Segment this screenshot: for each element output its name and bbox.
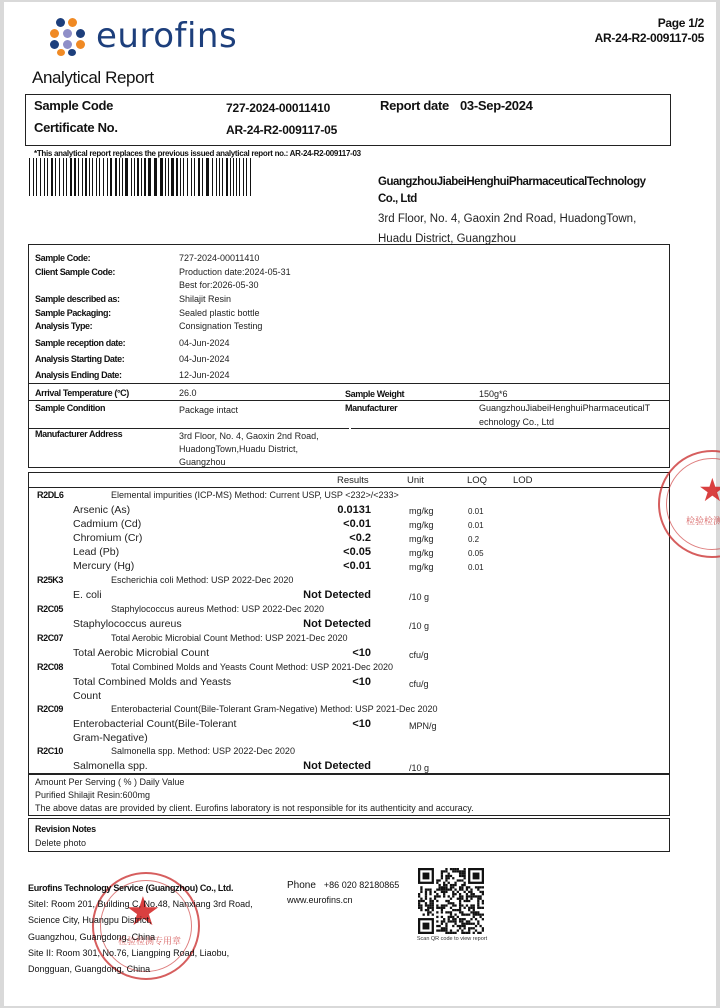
client-name-cont: Co., Ltd: [378, 191, 646, 208]
sample-info-box: Sample Code: 727-2024-00011410 Client Sa…: [28, 244, 670, 468]
analyte-result: 0.0131: [251, 504, 371, 516]
report-number: AR-24-R2-009117-05: [595, 31, 704, 46]
analyte-loq: 0.01: [468, 507, 484, 516]
info-value: GuangzhouJiabeiHenghuiPharmaceuticalT: [479, 403, 720, 414]
column-header-unit: Unit: [407, 475, 424, 486]
analyte-name-cont: Count: [73, 690, 101, 702]
info-value: Consignation Testing: [179, 321, 479, 332]
analyte-unit: cfu/g: [409, 650, 429, 660]
test-method: Staphylococcus aureus Method: USP 2022-D…: [111, 604, 324, 614]
column-header-lod: LOD: [513, 475, 533, 486]
info-label: Manufacturer Address: [35, 429, 185, 440]
analyte-name: Staphylococcus aureus: [73, 618, 182, 630]
analyte-loq: 0.01: [468, 563, 484, 572]
analyte-loq: 0.05: [468, 549, 484, 558]
info-label: Manufacturer: [345, 403, 495, 414]
info-label: Arrival Temperature (°C): [35, 388, 185, 399]
test-code: R2C05: [37, 604, 111, 614]
serving-ingredient: Purified Shilajit Resin:600mg: [35, 790, 150, 800]
test-group-header: R2C07Total Aerobic Microbial Count Metho…: [37, 633, 347, 643]
info-value: 150g*6: [479, 389, 720, 400]
analyte-name: Total Aerobic Microbial Count: [73, 647, 209, 659]
qr-caption: Scan QR code to view report: [407, 936, 497, 942]
analyte-loq: 0.01: [468, 521, 484, 530]
info-label: Sample described as:: [35, 294, 185, 305]
info-label: Analysis Starting Date:: [35, 354, 185, 365]
logo-dots-icon: [48, 16, 90, 56]
eurofins-logo: eurofins: [48, 16, 237, 56]
lab-company-name: Eurofins Technology Service (Guangzhou) …: [28, 880, 253, 896]
analyte-unit: /10 g: [409, 763, 429, 773]
lab-address-block: Eurofins Technology Service (Guangzhou) …: [28, 880, 253, 977]
serving-disclaimer: The above datas are provided by client. …: [35, 803, 474, 813]
analyte-name: Mercury (Hg): [73, 560, 134, 572]
analyte-unit: /10 g: [409, 621, 429, 631]
replacement-note: *This analytical report replaces the pre…: [34, 149, 361, 158]
analyte-unit: mg/kg: [409, 520, 434, 530]
info-value: Production date:2024-05-31: [179, 267, 479, 278]
revision-title: Revision Notes: [35, 824, 96, 834]
lab-site1-line1: SiteI: Room 201, Building C, No.48, Nanx…: [28, 896, 253, 912]
header-divider: [29, 487, 669, 488]
test-group-header: R2C05Staphylococcus aureus Method: USP 2…: [37, 604, 324, 614]
summary-box: Sample Code 727-2024-00011410 Report dat…: [25, 94, 671, 146]
info-value: Guangzhou: [179, 457, 479, 468]
serving-info-box: Amount Per Serving ( % ) Daily Value Pur…: [28, 774, 670, 816]
report-page: eurofins Page 1/2 AR-24-R2-009117-05 Ana…: [4, 2, 716, 1006]
info-value: 12-Jun-2024: [179, 370, 479, 381]
analyte-result: <0.2: [251, 532, 371, 544]
test-group-header: R2C10Salmonella spp. Method: USP 2022-De…: [37, 746, 295, 756]
page-number: Page 1/2: [595, 16, 704, 31]
info-label: Sample Condition: [35, 403, 185, 414]
analyte-result: <10: [251, 647, 371, 659]
results-table: Results Unit LOQ LOD R2DL6Elemental impu…: [28, 472, 670, 774]
website-link[interactable]: www.eurofins.cn: [287, 893, 399, 908]
test-code: R2C07: [37, 633, 111, 643]
analyte-name: E. coli: [73, 589, 102, 601]
logo-wordmark: eurofins: [96, 16, 237, 56]
client-block: GuangzhouJiabeiHenghuiPharmaceuticalTech…: [378, 174, 646, 248]
revision-notes-box: Revision Notes Delete photo: [28, 818, 670, 852]
lab-site1-line2: Science City, Huangpu District,: [28, 912, 253, 928]
report-date-value: 03-Sep-2024: [460, 98, 533, 113]
qr-code[interactable]: [418, 868, 484, 934]
analyte-result: Not Detected: [251, 760, 371, 772]
lab-site1-line3: Guangzhou, Guangdong, China: [28, 929, 253, 945]
info-label: Client Sample Code:: [35, 267, 185, 278]
revision-note: Delete photo: [35, 838, 86, 848]
info-label: Sample Packaging:: [35, 308, 185, 319]
analyte-result: <0.01: [251, 518, 371, 530]
test-code: R2C09: [37, 704, 111, 714]
analyte-name: Arsenic (As): [73, 504, 130, 516]
phone-label: Phone: [287, 880, 316, 891]
test-code: R2C08: [37, 662, 111, 672]
analyte-name: Enterobacterial Count(Bile-Tolerant: [73, 718, 236, 730]
lab-site2-line1: Site II: Room 301, No.76, Liangping Road…: [28, 945, 253, 961]
analyte-result: <0.05: [251, 546, 371, 558]
info-value: Sealed plastic bottle: [179, 308, 479, 319]
info-value: Shilajit Resin: [179, 294, 479, 305]
info-value: 3rd Floor, No. 4, Gaoxin 2nd Road,: [179, 431, 479, 442]
test-method: Total Combined Molds and Yeasts Count Me…: [111, 662, 393, 672]
analyte-unit: mg/kg: [409, 534, 434, 544]
analyte-unit: MPN/g: [409, 721, 437, 731]
serving-heading: Amount Per Serving ( % ) Daily Value: [35, 777, 184, 787]
star-icon: ★: [698, 474, 720, 506]
certificate-label: Certificate No.: [34, 120, 118, 135]
info-value: 04-Jun-2024: [179, 338, 479, 349]
info-label: Sample reception date:: [35, 338, 185, 349]
test-group-header: R2C08Total Combined Molds and Yeasts Cou…: [37, 662, 393, 672]
test-method: Elemental impurities (ICP-MS) Method: Cu…: [111, 490, 399, 500]
info-label: Analysis Type:: [35, 321, 185, 332]
analyte-unit: mg/kg: [409, 506, 434, 516]
info-label: Sample Weight: [345, 389, 495, 400]
info-value: Best for:2026-05-30: [179, 280, 479, 291]
report-date-label: Report date: [380, 98, 449, 113]
info-label: Sample Code:: [35, 253, 185, 264]
test-group-header: R25K3Escherichia coli Method: USP 2022-D…: [37, 575, 293, 585]
test-method: Escherichia coli Method: USP 2022-Dec 20…: [111, 575, 293, 585]
test-method: Salmonella spp. Method: USP 2022-Dec 202…: [111, 746, 295, 756]
report-title: Analytical Report: [32, 68, 154, 88]
test-code: R2DL6: [37, 490, 111, 500]
analyte-loq: 0.2: [468, 535, 479, 544]
sample-code-value: 727-2024-00011410: [226, 101, 330, 115]
sample-code-label: Sample Code: [34, 98, 113, 113]
lab-site2-line2: Dongguan, Guangdong, China: [28, 961, 253, 977]
divider: [29, 400, 669, 401]
client-address-1: 3rd Floor, No. 4, Gaoxin 2nd Road, Huado…: [378, 210, 646, 228]
test-code: R25K3: [37, 575, 111, 585]
analyte-result: Not Detected: [251, 589, 371, 601]
info-label: Analysis Ending Date:: [35, 370, 185, 381]
seal-text: 检验检测: [686, 514, 720, 527]
test-group-header: R2C09Enterobacterial Count(Bile-Tolerant…: [37, 704, 438, 714]
barcode: [29, 158, 253, 196]
test-code: R2C10: [37, 746, 111, 756]
info-value: 727-2024-00011410: [179, 253, 479, 264]
test-method: Enterobacterial Count(Bile-Tolerant Gram…: [111, 704, 438, 714]
analyte-unit: mg/kg: [409, 548, 434, 558]
certificate-value: AR-24-R2-009117-05: [226, 123, 337, 137]
info-value: HuadongTown,Huadu District,: [179, 444, 479, 455]
analyte-name: Lead (Pb): [73, 546, 119, 558]
client-name: GuangzhouJiabeiHenghuiPharmaceuticalTech…: [378, 174, 646, 191]
column-header-loq: LOQ: [467, 475, 487, 486]
analyte-name: Salmonella spp.: [73, 760, 148, 772]
test-group-header: R2DL6Elemental impurities (ICP-MS) Metho…: [37, 490, 399, 500]
analyte-result: <0.01: [251, 560, 371, 572]
contact-block: Phone+86 020 82180865 www.eurofins.cn: [287, 878, 399, 908]
column-header-results: Results: [337, 475, 369, 486]
analyte-name-cont: Gram-Negative): [73, 732, 148, 744]
analyte-result: Not Detected: [251, 618, 371, 630]
analyte-unit: cfu/g: [409, 679, 429, 689]
divider: [351, 428, 669, 429]
analyte-name: Cadmium (Cd): [73, 518, 141, 530]
analyte-result: <10: [251, 718, 371, 730]
divider: [29, 383, 669, 384]
analyte-name: Chromium (Cr): [73, 532, 142, 544]
analyte-result: <10: [251, 676, 371, 688]
info-value: echnology Co., Ltd: [479, 417, 720, 428]
phone-number: +86 020 82180865: [324, 880, 399, 890]
page-number-block: Page 1/2 AR-24-R2-009117-05: [595, 16, 704, 46]
info-value: 04-Jun-2024: [179, 354, 479, 365]
analyte-name: Total Combined Molds and Yeasts: [73, 676, 231, 688]
analyte-unit: mg/kg: [409, 562, 434, 572]
analyte-unit: /10 g: [409, 592, 429, 602]
test-method: Total Aerobic Microbial Count Method: US…: [111, 633, 347, 643]
